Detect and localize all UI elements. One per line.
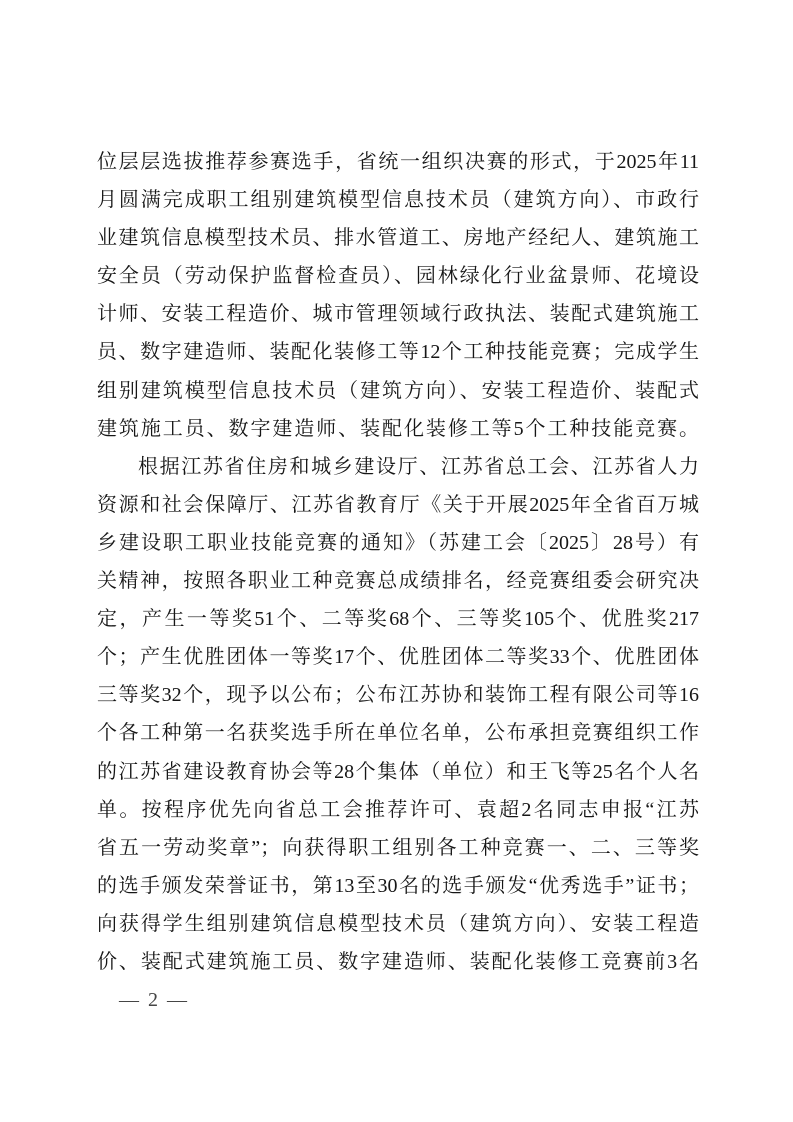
text-line: 单。按程序优先向省总工会推荐许可、袁超2名同志申报“江苏 (97, 791, 699, 829)
text-line: 业建筑信息模型技术员、排水管道工、房地产经纪人、建筑施工 (97, 219, 699, 257)
text-line: 向获得学生组别建筑信息模型技术员（建筑方向）、安装工程造 (97, 905, 699, 943)
text-line: 个各工种第一名获奖选手所在单位名单，公布承担竞赛组织工作 (97, 714, 699, 752)
text-line: 位层层选拔推荐参赛选手，省统一组织决赛的形式，于2025年11 (97, 143, 699, 181)
text-line: 的选手颁发荣誉证书，第13至30名的选手颁发“优秀选手”证书； (97, 867, 699, 905)
text-line: 资源和社会保障厅、江苏省教育厅《关于开展2025年全省百万城 (97, 486, 699, 524)
text-line: 根据江苏省住房和城乡建设厅、江苏省总工会、江苏省人力 (97, 448, 699, 486)
text-line: 月圆满完成职工组别建筑模型信息技术员（建筑方向）、市政行 (97, 181, 699, 219)
text-line: 的江苏省建设教育协会等28个集体（单位）和王飞等25名个人名 (97, 753, 699, 791)
text-line: 安全员（劳动保护监督检查员）、园林绿化行业盆景师、花境设 (97, 257, 699, 295)
page-number: — 2 — (119, 988, 189, 1012)
document-page: 位层层选拔推荐参赛选手，省统一组织决赛的形式，于2025年11月圆满完成职工组别… (0, 0, 793, 1122)
text-line: 省五一劳动奖章”；向获得职工组别各工种竞赛一、二、三等奖 (97, 829, 699, 867)
text-line: 建筑施工员、数字建造师、装配化装修工等5个工种技能竞赛。 (97, 410, 699, 448)
text-line: 价、装配式建筑施工员、数字建造师、装配化装修工竞赛前3名 (97, 943, 699, 981)
document-body: 位层层选拔推荐参赛选手，省统一组织决赛的形式，于2025年11月圆满完成职工组别… (97, 143, 699, 981)
text-line: 计师、安装工程造价、城市管理领域行政执法、装配式建筑施工 (97, 295, 699, 333)
text-line: 定，产生一等奖51个、二等奖68个、三等奖105个、优胜奖217 (97, 600, 699, 638)
text-line: 乡建设职工职业技能竞赛的通知》（苏建工会〔2025〕28号）有 (97, 524, 699, 562)
text-line: 三等奖32个，现予以公布；公布江苏协和装饰工程有限公司等16 (97, 676, 699, 714)
text-line: 组别建筑模型信息技术员（建筑方向）、安装工程造价、装配式 (97, 372, 699, 410)
text-line: 员、数字建造师、装配化装修工等12个工种技能竞赛；完成学生 (97, 333, 699, 371)
text-line: 关精神，按照各职业工种竞赛总成绩排名，经竞赛组委会研究决 (97, 562, 699, 600)
text-line: 个；产生优胜团体一等奖17个、优胜团体二等奖33个、优胜团体 (97, 638, 699, 676)
